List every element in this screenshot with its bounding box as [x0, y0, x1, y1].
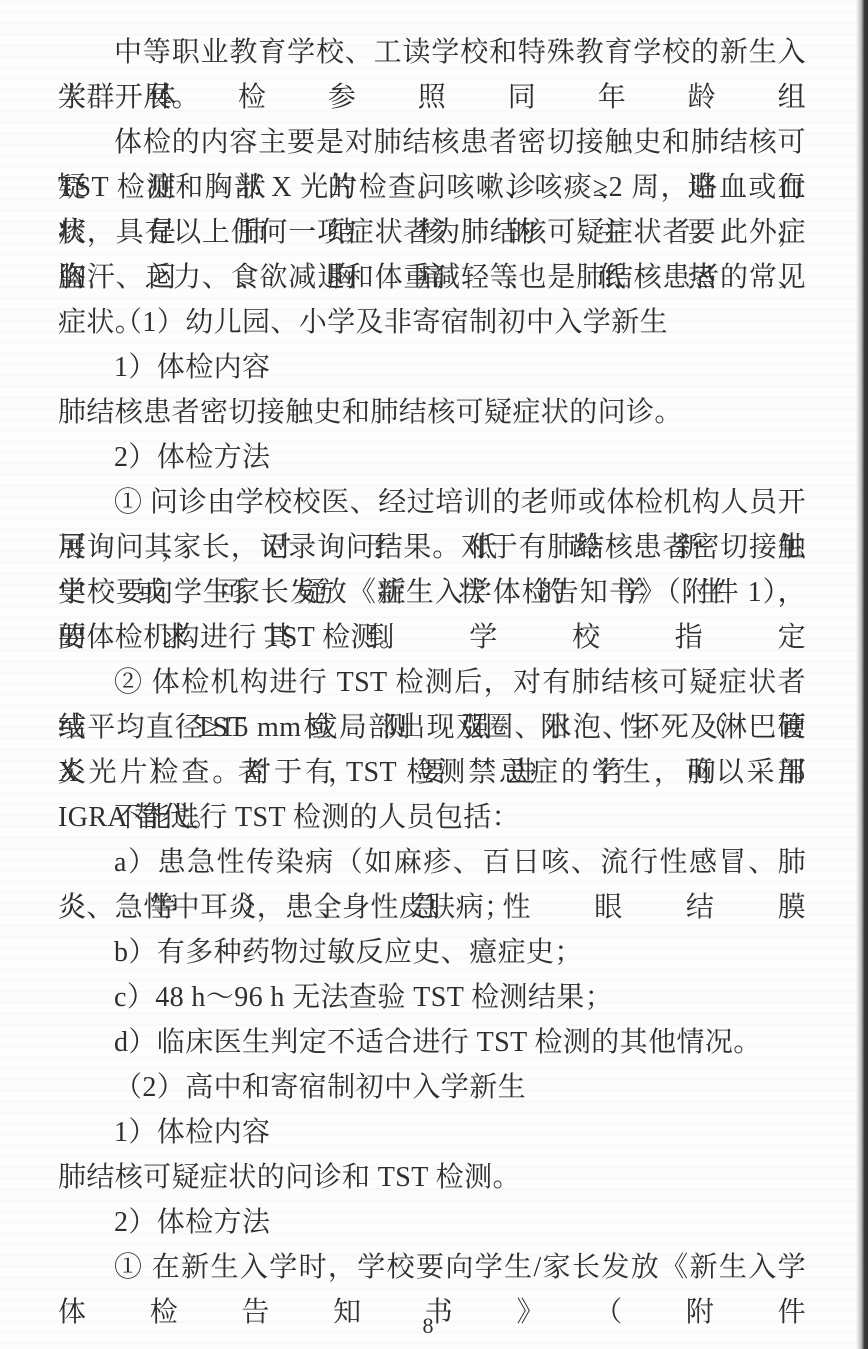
- document-line: 体检的内容主要是对肺结核患者密切接触史和肺结核可疑症状的问诊、进行: [58, 120, 806, 165]
- document-line: 学校要向学生家长发放《新生入学体检告知书》（附件 1），要求其到学校指定: [58, 570, 806, 615]
- document-line: 2）体检方法: [58, 1200, 806, 1245]
- document-line: c）48 h～96 h 无法查验 TST 检测结果；: [58, 975, 806, 1020]
- document-line: X 光片检查。对于有 TST 检测禁忌症的学生，可以采用 IGRA 替代。: [58, 750, 806, 795]
- document-line: b）有多种药物过敏反应史、癔症史；: [58, 930, 806, 975]
- document-line: 中等职业教育学校、工读学校和特殊教育学校的新生入学体检参照同年龄组: [58, 30, 806, 75]
- document-body: 中等职业教育学校、工读学校和特殊教育学校的新生入学体检参照同年龄组人群开展。体检…: [58, 30, 806, 1290]
- document-line: 盗汗、乏力、食欲减退和体重减轻等也是肺结核患者的常见症状。: [58, 255, 806, 300]
- document-line: 结平均直径≥15 mm 或局部出现双圈、水泡、坏死及淋巴管炎）者，要进行胸部: [58, 705, 806, 750]
- document-line: 1）体检内容: [58, 1110, 806, 1155]
- document-line: ② 体检机构进行 TST 检测后，对有肺结核可疑症状者或 TST 检测强阳性（硬: [58, 660, 806, 705]
- document-line: a）患急性传染病（如麻疹、百日咳、流行性感冒、肺炎等）、急性眼结膜: [58, 840, 806, 885]
- document-line: ① 在新生入学时，学校要向学生/家长发放《新生入学体检告知书》（附件: [58, 1245, 806, 1290]
- document-line: 1）体检内容: [58, 345, 806, 390]
- page-number: 8: [0, 1313, 856, 1339]
- document-line: TST 检测和胸部 X 光片检查。咳嗽、咳痰≥2 周，咯血或血痰是肺结核的主要症: [58, 165, 806, 210]
- scan-edge-shadow: [856, 0, 868, 1349]
- document-line: （1）幼儿园、小学及非寄宿制初中入学新生: [58, 300, 806, 345]
- document-line: d）临床医生判定不适合进行 TST 检测的其他情况。: [58, 1020, 806, 1065]
- document-page: 中等职业教育学校、工读学校和特殊教育学校的新生入学体检参照同年龄组人群开展。体检…: [0, 0, 868, 1349]
- document-line: 2）体检方法: [58, 435, 806, 480]
- document-line: ① 问诊由学校校医、经过培训的老师或体检机构人员开展，对于低龄新生: [58, 480, 806, 525]
- document-line: （2）高中和寄宿制初中入学新生: [58, 1065, 806, 1110]
- document-line: 状，具有以上任何一项症状者为肺结核可疑症状者。此外，胸闷、胸痛、低热、: [58, 210, 806, 255]
- document-line: 不能进行 TST 检测的人员包括：: [58, 795, 806, 840]
- document-line: 肺结核可疑症状的问诊和 TST 检测。: [58, 1155, 806, 1200]
- document-line: 可询问其家长，记录询问结果。对于有肺结核患者密切接触史或可疑症状的学生，: [58, 525, 806, 570]
- document-line: 肺结核患者密切接触史和肺结核可疑症状的问诊。: [58, 390, 806, 435]
